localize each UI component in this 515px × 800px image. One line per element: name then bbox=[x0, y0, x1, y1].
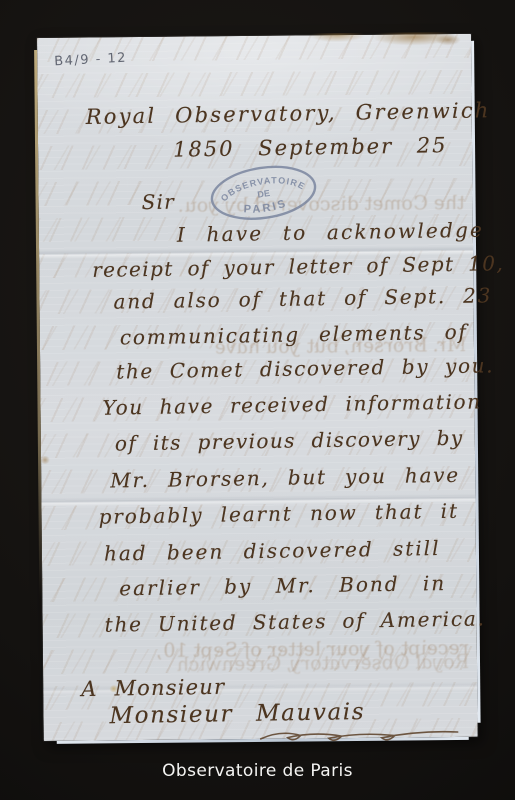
photo-caption: Observatoire de Paris bbox=[0, 761, 515, 781]
paper-stain bbox=[40, 456, 50, 464]
heading-date-line: 1850 September 25 bbox=[173, 133, 448, 162]
body-line-5: the Comet discovered by you. bbox=[116, 353, 494, 383]
body-line-8: Mr. Brorsen, but you have bbox=[110, 463, 460, 493]
letter-paper: the Comet discovered by you. Mr. Brorsen… bbox=[37, 34, 478, 741]
salutation: Sir bbox=[141, 190, 175, 215]
body-line-4: communicating elements of bbox=[120, 320, 468, 350]
paper-stain bbox=[295, 32, 465, 60]
body-line-7: of its previous discovery by bbox=[115, 426, 464, 456]
body-line-1: I have to acknowledge bbox=[177, 218, 485, 247]
body-line-6: You have received information bbox=[102, 389, 481, 419]
archive-note: B4/9 - 12 bbox=[54, 51, 128, 70]
body-line-9: probably learnt now that it bbox=[98, 499, 459, 529]
stamp-text-middle: DE bbox=[257, 188, 271, 200]
svg-text:OBSERVATOIRE: OBSERVATOIRE bbox=[217, 170, 309, 205]
body-line-3: and also of that of Sept. 23 bbox=[113, 283, 492, 313]
body-line-12: the United States of America. bbox=[104, 606, 485, 636]
body-line-10: had been discovered still bbox=[104, 536, 441, 566]
heading-place-line: Royal Observatory, Greenwich bbox=[86, 98, 491, 129]
body-line-2: receipt of your letter of Sept 10, bbox=[92, 251, 504, 282]
photo-background: the Comet discovered by you. Mr. Brorsen… bbox=[0, 0, 515, 800]
address-line-1: A Monsieur bbox=[81, 675, 225, 701]
bleed-through-text: Royal Observatory, Greenwich bbox=[47, 651, 472, 679]
bleed-through-text: receipt of your letter of Sept 10, bbox=[46, 637, 471, 665]
signature-flourish bbox=[258, 724, 486, 746]
body-line-11: earlier by Mr. Bond in bbox=[119, 571, 446, 600]
paper-edge bbox=[34, 50, 42, 598]
stamp-text-top: OBSERVATOIRE bbox=[217, 170, 309, 205]
